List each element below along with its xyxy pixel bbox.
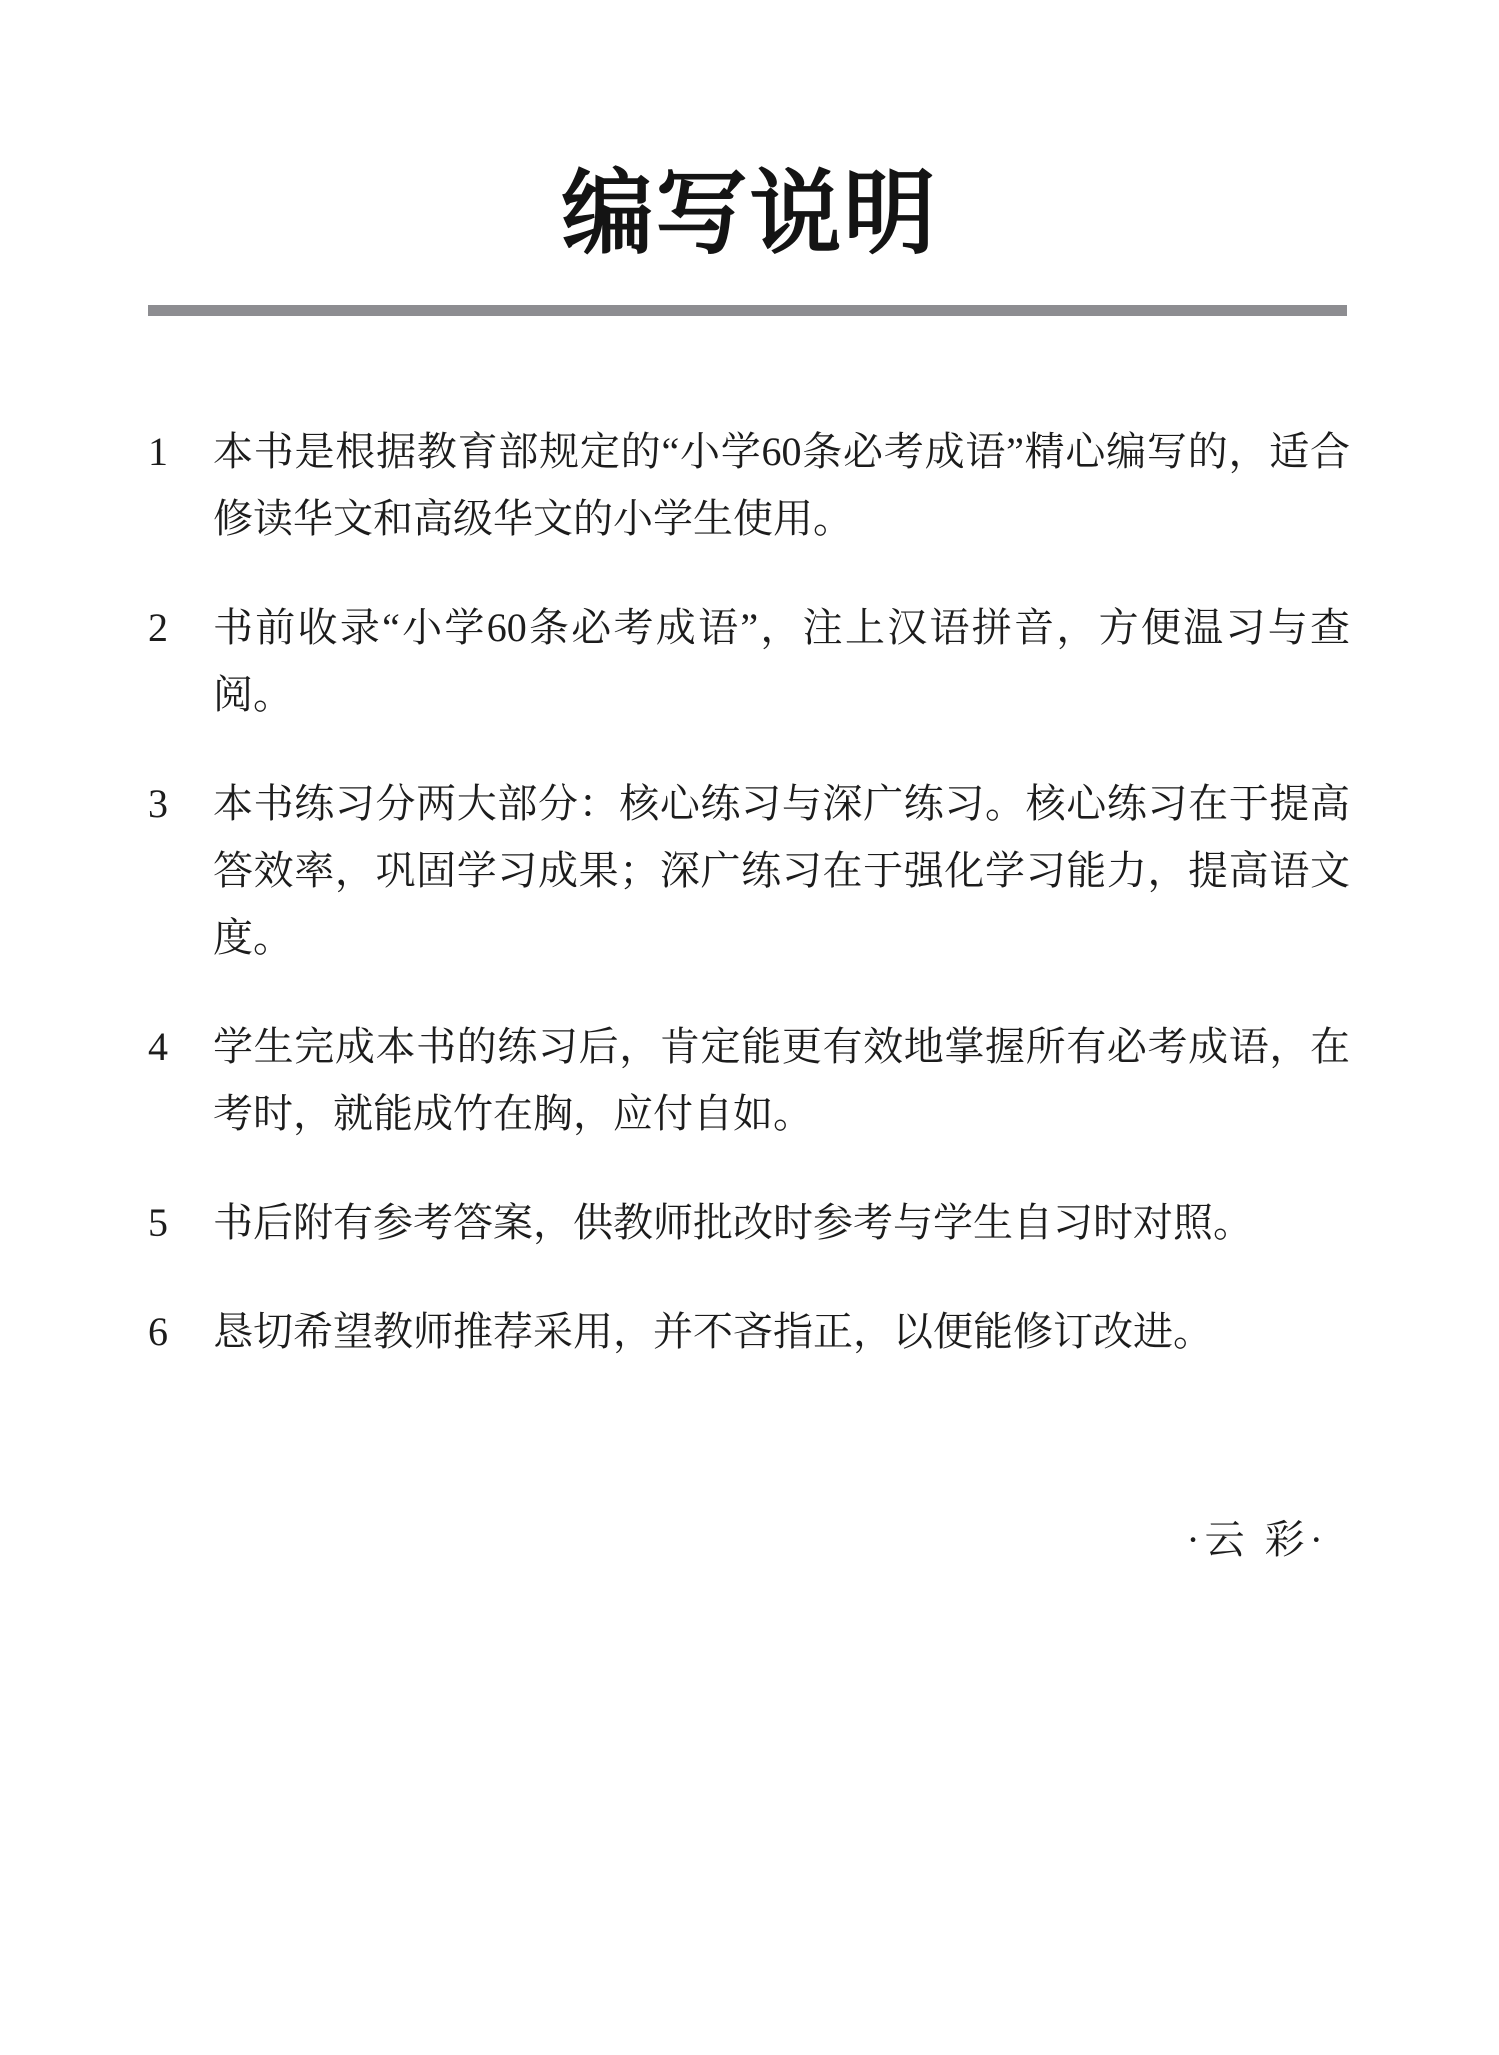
text-line: 阅。 [213, 661, 1350, 728]
item-number: 4 [148, 1013, 213, 1147]
list-item: 3 本书练习分两大部分：核心练习与深广练习。核心练习在于提高作 答效率，巩固学习… [148, 770, 1350, 971]
text-line: 本书是根据教育部规定的“小学60条必考成语”精心编写的，适合 [213, 418, 1350, 485]
list-item: 6 恳切希望教师推荐采用，并不吝指正，以便能修订改进。 [148, 1298, 1350, 1365]
list-item: 5 书后附有参考答案，供教师批改时参考与学生自习时对照。 [148, 1189, 1350, 1256]
list-item: 2 书前收录“小学60条必考成语”，注上汉语拼音，方便温习与查 阅。 [148, 594, 1350, 728]
author-signature: ·云 彩· [1186, 1516, 1328, 1564]
title-divider-rule [148, 305, 1347, 316]
item-number: 1 [148, 418, 213, 552]
text-line: 书前收录“小学60条必考成语”，注上汉语拼音，方便温习与查 [213, 594, 1350, 661]
text-line: 本书练习分两大部分：核心练习与深广练习。核心练习在于提高作 [213, 770, 1350, 837]
text-line: 考时，就能成竹在胸，应付自如。 [213, 1080, 1350, 1147]
text-line: 恳切希望教师推荐采用，并不吝指正，以便能修订改进。 [213, 1298, 1350, 1365]
text-line: 学生完成本书的练习后，肯定能更有效地掌握所有必考成语，在赴 [213, 1013, 1350, 1080]
item-text: 书前收录“小学60条必考成语”，注上汉语拼音，方便温习与查 阅。 [213, 594, 1350, 728]
document-page: 编写说明 1 本书是根据教育部规定的“小学60条必考成语”精心编写的，适合 修读… [0, 0, 1499, 2055]
page-title: 编写说明 [0, 168, 1499, 260]
text-line: 度。 [213, 904, 1350, 971]
list-item: 4 学生完成本书的练习后，肯定能更有效地掌握所有必考成语，在赴 考时，就能成竹在… [148, 1013, 1350, 1147]
item-number: 6 [148, 1298, 213, 1365]
text-line: 书后附有参考答案，供教师批改时参考与学生自习时对照。 [213, 1189, 1350, 1256]
item-text: 恳切希望教师推荐采用，并不吝指正，以便能修订改进。 [213, 1298, 1350, 1365]
item-text: 本书练习分两大部分：核心练习与深广练习。核心练习在于提高作 答效率，巩固学习成果… [213, 770, 1350, 971]
item-text: 本书是根据教育部规定的“小学60条必考成语”精心编写的，适合 修读华文和高级华文… [213, 418, 1350, 552]
item-number: 3 [148, 770, 213, 971]
list-item: 1 本书是根据教育部规定的“小学60条必考成语”精心编写的，适合 修读华文和高级… [148, 418, 1350, 552]
item-text: 书后附有参考答案，供教师批改时参考与学生自习时对照。 [213, 1189, 1350, 1256]
numbered-list: 1 本书是根据教育部规定的“小学60条必考成语”精心编写的，适合 修读华文和高级… [148, 418, 1350, 1407]
text-line: 修读华文和高级华文的小学生使用。 [213, 485, 1350, 552]
item-number: 2 [148, 594, 213, 728]
text-line: 答效率，巩固学习成果；深广练习在于强化学习能力，提高语文程 [213, 837, 1350, 904]
item-text: 学生完成本书的练习后，肯定能更有效地掌握所有必考成语，在赴 考时，就能成竹在胸，… [213, 1013, 1350, 1147]
item-number: 5 [148, 1189, 213, 1256]
